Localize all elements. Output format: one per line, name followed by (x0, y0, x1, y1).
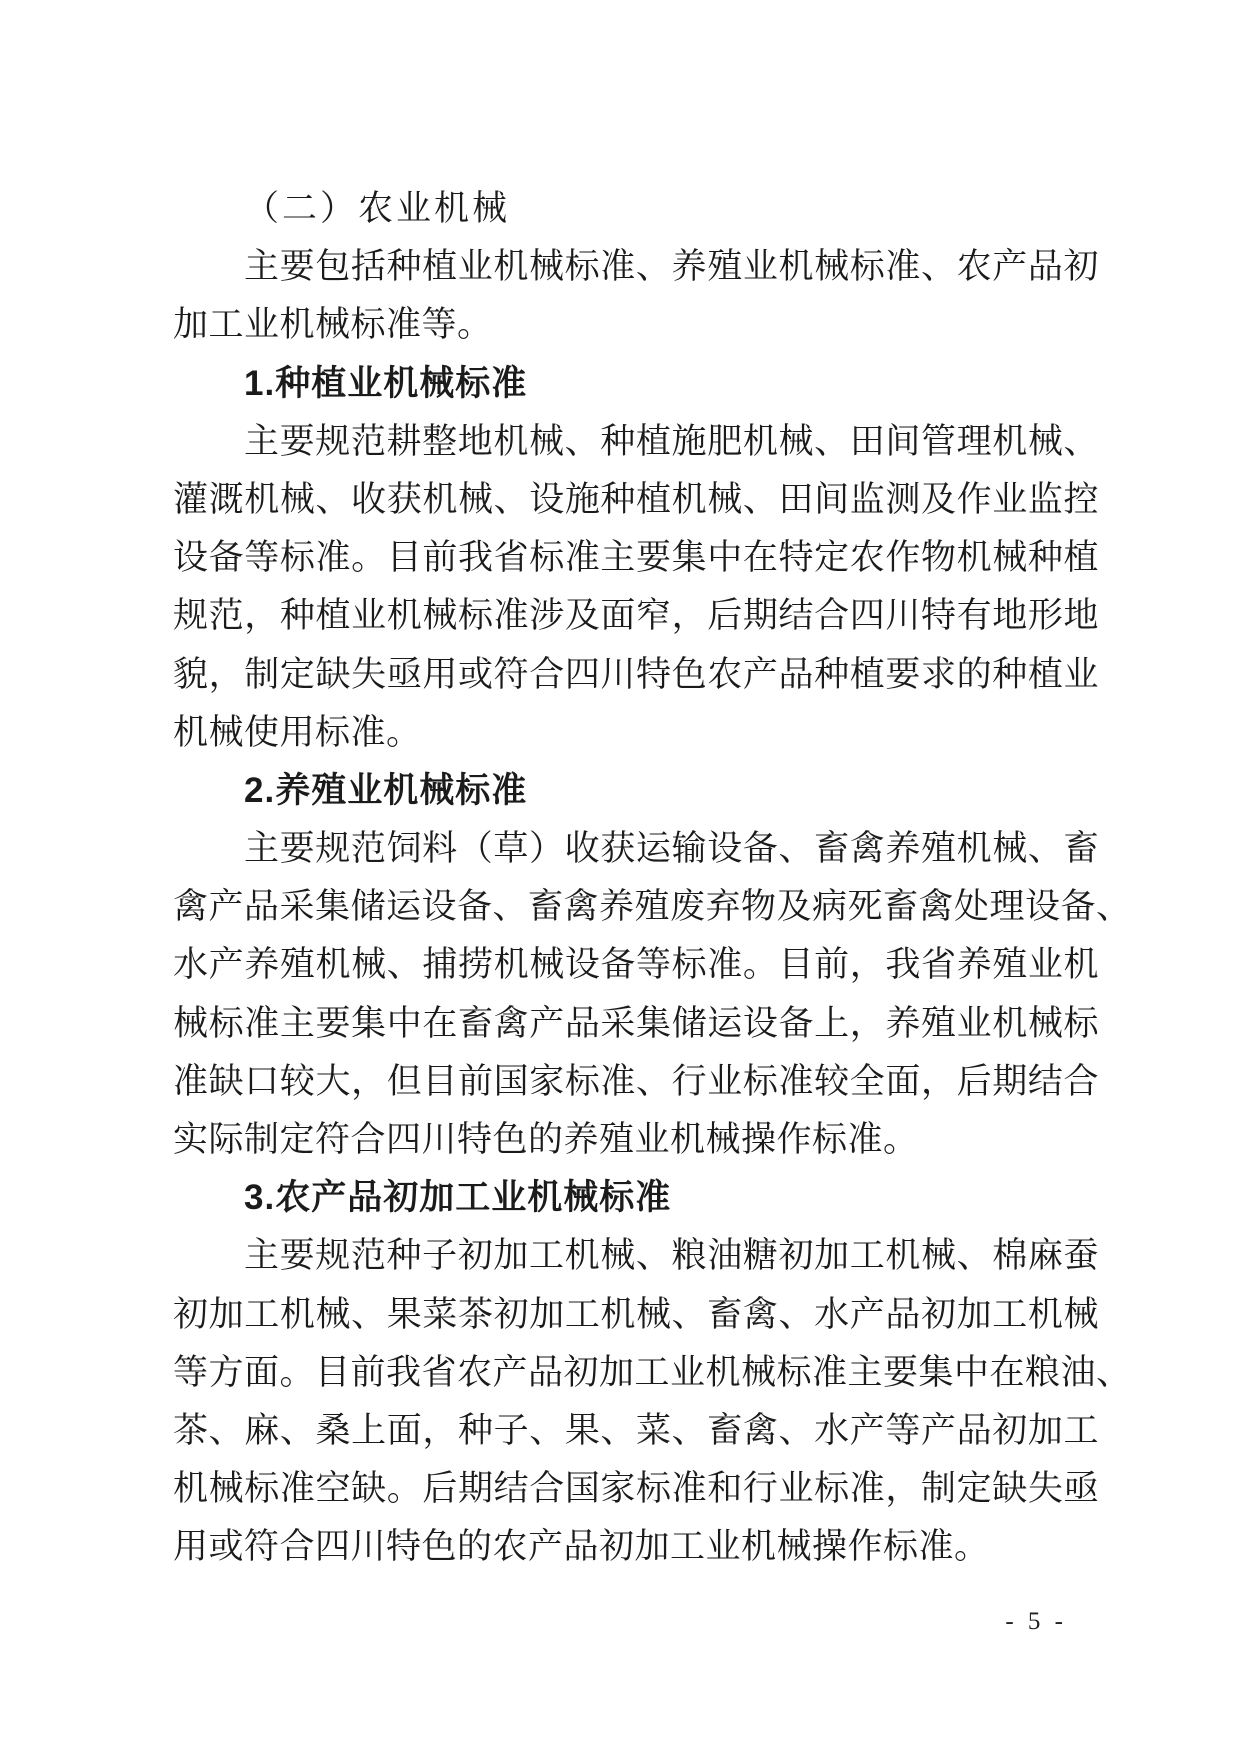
text-line: 机械使用标准。 (173, 704, 1099, 762)
text-line: 水产养殖机械、捕捞机械设备等标准。目前，我省养殖业机 (173, 936, 1099, 994)
text-line: 主要包括种植业机械标准、养殖业机械标准、农产品初 (173, 238, 1099, 296)
text-line: 主要规范饲料（草）收获运输设备、畜禽养殖机械、畜 (173, 820, 1099, 878)
text-line: 等方面。目前我省农产品初加工业机械标准主要集中在粮油、 (173, 1344, 1099, 1402)
subsection-heading-2: 2.养殖业机械标准 (173, 762, 1099, 820)
text-line: 茶、麻、桑上面，种子、果、菜、畜禽、水产等产品初加工 (173, 1402, 1099, 1460)
text-line: 规范，种植业机械标准涉及面窄，后期结合四川特有地形地 (173, 587, 1099, 645)
text-line: 准缺口较大，但目前国家标准、行业标准较全面，后期结合 (173, 1053, 1099, 1111)
document-page: （二）农业机械 主要包括种植业机械标准、养殖业机械标准、农产品初 加工业机械标准… (0, 0, 1241, 1754)
text-line: 实际制定符合四川特色的养殖业机械操作标准。 (173, 1111, 1099, 1169)
text-line: 貌，制定缺失亟用或符合四川特色农产品种植要求的种植业 (173, 646, 1099, 704)
subsection-heading-1: 1.种植业机械标准 (173, 355, 1099, 413)
text-line: 主要规范耕整地机械、种植施肥机械、田间管理机械、 (173, 413, 1099, 471)
text-line: 禽产品采集储运设备、畜禽养殖废弃物及病死畜禽处理设备、 (173, 878, 1099, 936)
text-line: 设备等标准。目前我省标准主要集中在特定农作物机械种植 (173, 529, 1099, 587)
text-line: 机械标准空缺。后期结合国家标准和行业标准，制定缺失亟 (173, 1460, 1099, 1518)
text-line: 用或符合四川特色的农产品初加工业机械操作标准。 (173, 1518, 1099, 1576)
text-line: 初加工机械、果菜茶初加工机械、畜禽、水产品初加工机械 (173, 1286, 1099, 1344)
text-line: 加工业机械标准等。 (173, 296, 1099, 354)
section-heading: （二）农业机械 (173, 180, 1099, 238)
document-body: （二）农业机械 主要包括种植业机械标准、养殖业机械标准、农产品初 加工业机械标准… (173, 180, 1099, 1577)
subsection-heading-3: 3.农产品初加工业机械标准 (173, 1169, 1099, 1227)
text-line: 灌溉机械、收获机械、设施种植机械、田间监测及作业监控 (173, 471, 1099, 529)
text-line: 主要规范种子初加工机械、粮油糖初加工机械、棉麻蚕 (173, 1227, 1099, 1285)
page-number: - 5 - (1005, 1608, 1067, 1636)
text-line: 械标准主要集中在畜禽产品采集储运设备上，养殖业机械标 (173, 995, 1099, 1053)
